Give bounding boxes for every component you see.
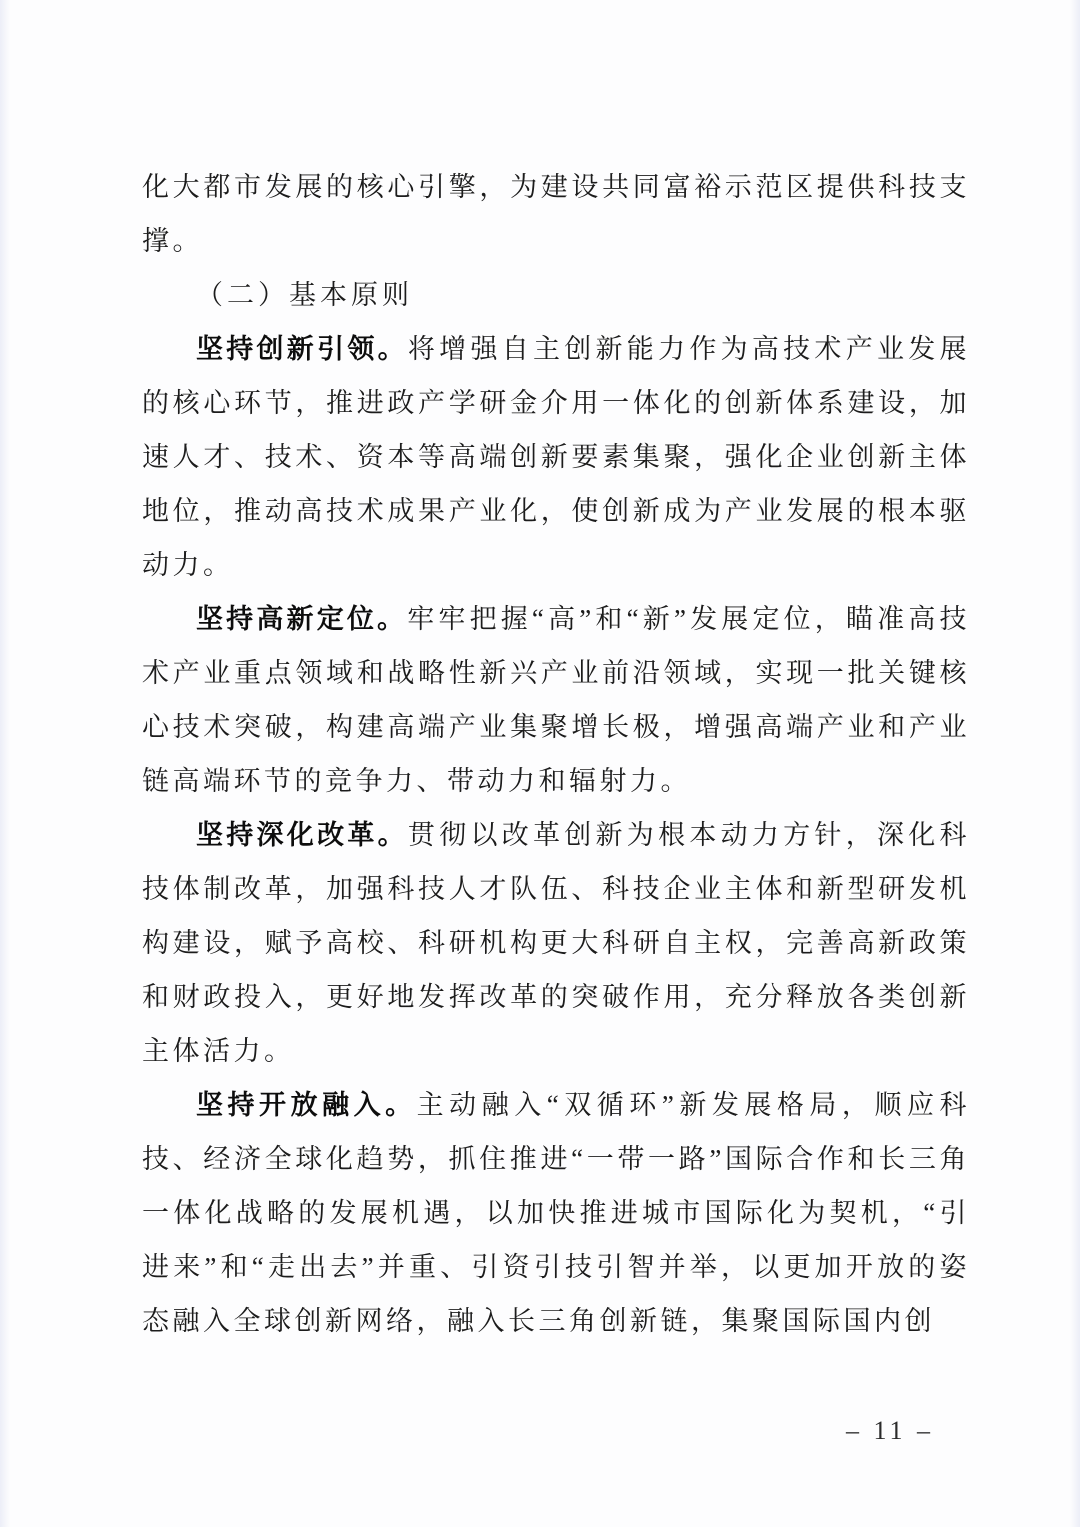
section-heading: （二）基本原则 <box>142 268 970 322</box>
principle-lead: 坚持高新定位。 <box>196 604 407 634</box>
continuation-text: 化大都市发展的核心引擎，为建设共同富裕示范区提供科技支撑。 <box>142 172 970 256</box>
paragraph-principle-reform: 坚持深化改革。贯彻以改革创新为根本动力方针，深化科技体制改革，加强科技人才队伍、… <box>142 808 970 1078</box>
principle-lead: 坚持开放融入。 <box>196 1090 417 1120</box>
principle-text: 将增强自主创新能力作为高技术产业发展的核心环节，推进政产学研金介用一体化的创新体… <box>142 334 970 580</box>
paragraph-principle-innovation: 坚持创新引领。将增强自主创新能力作为高技术产业发展的核心环节，推进政产学研金介用… <box>142 322 970 592</box>
principle-lead: 坚持创新引领。 <box>196 334 408 364</box>
document-body: 化大都市发展的核心引擎，为建设共同富裕示范区提供科技支撑。 （二）基本原则 坚持… <box>142 160 970 1348</box>
principle-lead: 坚持深化改革。 <box>196 820 408 850</box>
document-page: 化大都市发展的核心引擎，为建设共同富裕示范区提供科技支撑。 （二）基本原则 坚持… <box>0 0 1080 1527</box>
page-number: – 11 – <box>846 1415 934 1447</box>
paragraph-principle-positioning: 坚持高新定位。牢牢把握“高”和“新”发展定位，瞄准高技术产业重点领域和战略性新兴… <box>142 592 970 808</box>
paragraph-continuation: 化大都市发展的核心引擎，为建设共同富裕示范区提供科技支撑。 <box>142 160 970 268</box>
principle-text: 贯彻以改革创新为根本动力方针，深化科技体制改革，加强科技人才队伍、科技企业主体和… <box>142 820 970 1066</box>
paragraph-principle-opening: 坚持开放融入。主动融入“双循环”新发展格局，顺应科技、经济全球化趋势，抓住推进“… <box>142 1078 970 1348</box>
principle-text: 主动融入“双循环”新发展格局，顺应科技、经济全球化趋势，抓住推进“一带一路”国际… <box>142 1090 970 1336</box>
